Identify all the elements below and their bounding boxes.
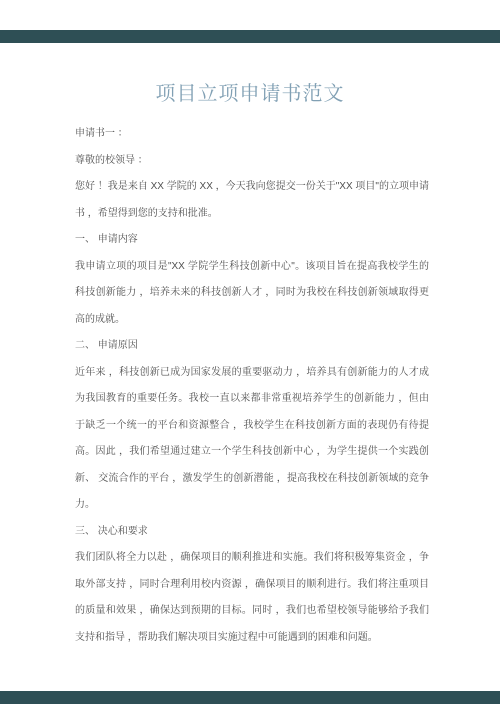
document-page: 项目立项申请书范文 申请书一 ：尊敬的校领导 ：您好 ！我是来自 XX 学院的 … xyxy=(0,0,500,707)
text-line: 我们团队将全力以赴 ，确保项目的顺利推进和实施。我们将积极筹集资金 ，争 xyxy=(75,545,429,572)
text-line: 支持和指导 ，帮助我们解决项目实施过程中可能遇到的困难和问题。 xyxy=(75,625,429,652)
text-line: 高。因此 ，我们希望通过建立一个学生科技创新中心 ，为学生提供一个实践创 xyxy=(75,439,429,466)
bottom-accent-bar xyxy=(0,691,500,704)
text-line: 三、 决心和要求 xyxy=(75,519,429,546)
top-accent-bar xyxy=(0,30,500,43)
text-line: 新、 交流合作的平台 ，激发学生的创新潜能 ，提高我校在科技创新领域的竞争 xyxy=(75,466,429,493)
text-line: 为我国教育的重要任务。我校一直以来都非常重视培养学生的创新能力 ，但由 xyxy=(75,386,429,413)
text-line: 书 ，希望得到您的支持和批准。 xyxy=(75,201,429,228)
text-line: 二、 申请原因 xyxy=(75,333,429,360)
text-line: 我申请立项的项目是"XX 学院学生科技创新中心"。该项目旨在提高我校学生的 xyxy=(75,254,429,281)
text-line: 近年来 ，科技创新已成为国家发展的重要驱动力 ，培养具有创新能力的人才成 xyxy=(75,360,429,387)
text-line: 的质量和效果 ，确保达到预期的目标。同时 ，我们也希望校领导能够给予我们 xyxy=(75,598,429,625)
text-line: 您好 ！我是来自 XX 学院的 XX ，今天我向您提交一份关于"XX 项目"的立… xyxy=(75,174,429,201)
text-line: 取外部支持 ，同时合理利用校内资源 ，确保项目的顺利进行。我们将注重项目 xyxy=(75,572,429,599)
text-line: 力。 xyxy=(75,492,429,519)
text-line: 于缺乏一个统一的平台和资源整合 ，我校学生在科技创新方面的表现仍有待提 xyxy=(75,413,429,440)
text-line: 科技创新能力 ，培养未来的科技创新人才 ，同时为我校在科技创新领域取得更 xyxy=(75,280,429,307)
document-title: 项目立项申请书范文 xyxy=(0,80,500,108)
text-line: 一、 申请内容 xyxy=(75,227,429,254)
document-body: 申请书一 ：尊敬的校领导 ：您好 ！我是来自 XX 学院的 XX ，今天我向您提… xyxy=(75,121,429,651)
text-line: 申请书一 ： xyxy=(75,121,429,148)
text-line: 尊敬的校领导 ： xyxy=(75,148,429,175)
text-line: 高的成就。 xyxy=(75,307,429,334)
